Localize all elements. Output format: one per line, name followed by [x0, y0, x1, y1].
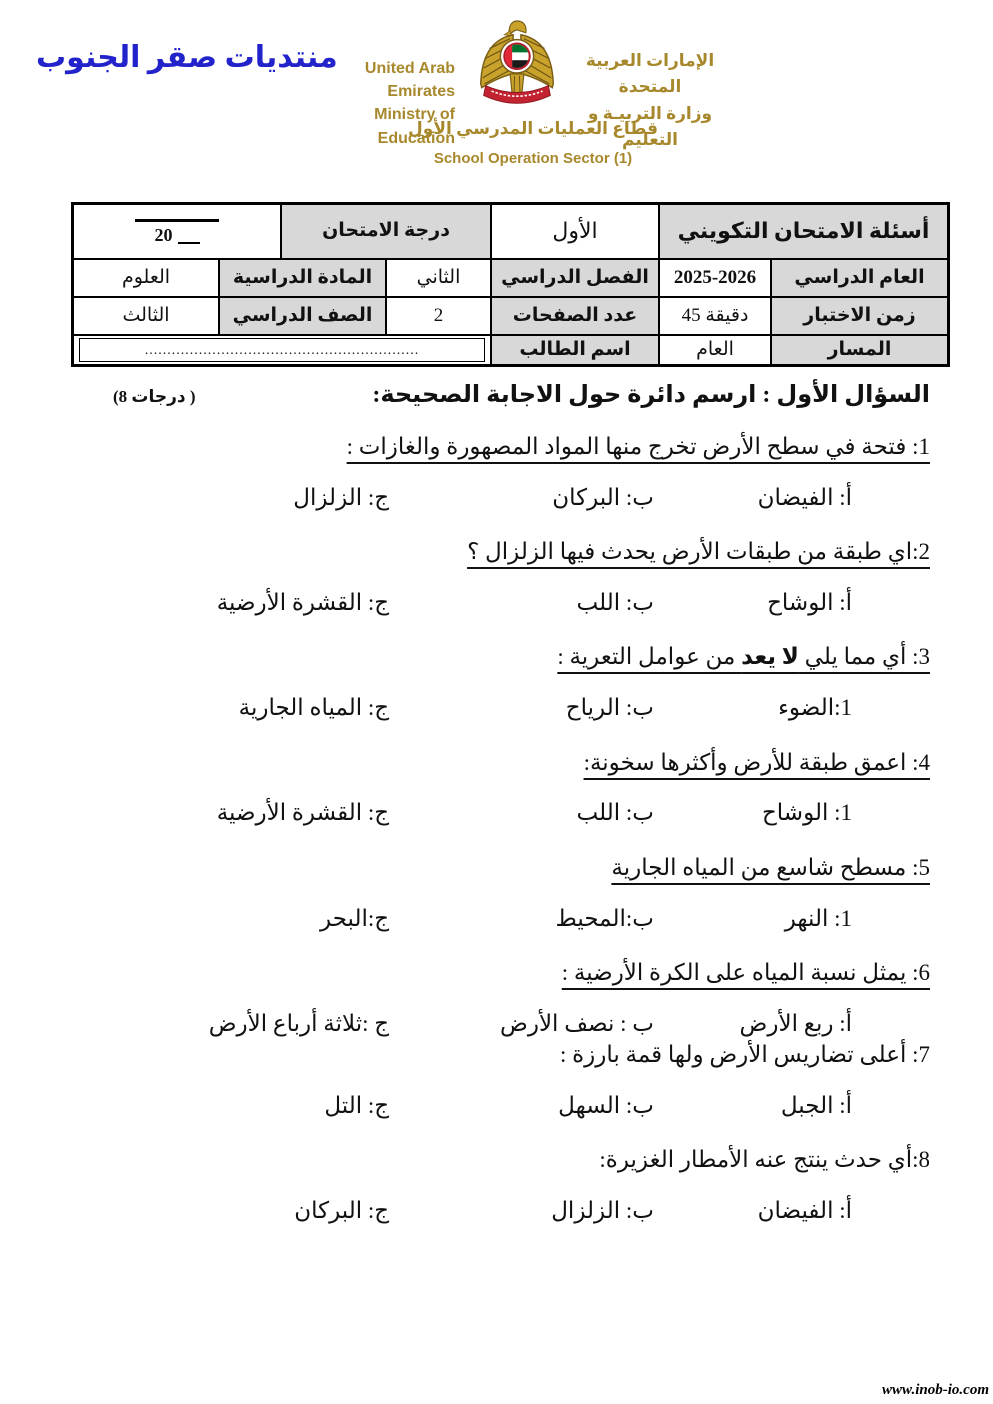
- option-a: أ: الجبل: [670, 1093, 930, 1119]
- year-label-cell: العام الدراسي: [771, 259, 948, 297]
- subject-value-cell: العلوم: [73, 259, 219, 297]
- score-total: 20: [155, 226, 173, 244]
- term-label-cell: الفصل الدراسي: [491, 259, 659, 297]
- option-b: ب:المحيط: [401, 906, 670, 932]
- term-value-cell: الثاني: [386, 259, 491, 297]
- question-8: 8:أي حدث ينتج عنه الأمطار الغزيرة: أ: ال…: [63, 1146, 930, 1224]
- section-title: السؤال الأول : ارسم دائرة حول الاجابة ال…: [372, 380, 930, 409]
- track-label-cell: المسار: [771, 335, 948, 365]
- question-4: 4: اعمق طبقة للأرض وأكثرها سخونة: 1: الو…: [63, 749, 930, 827]
- option-c: ج: الزلزال: [63, 485, 401, 511]
- section-marks: (8 درجات ): [113, 387, 196, 407]
- score-blank-line: [135, 219, 219, 222]
- question-2-text: 2:اي طبقة من طبقات الأرض يحدث فيها الزلز…: [63, 538, 930, 567]
- question-2: 2:اي طبقة من طبقات الأرض يحدث فيها الزلز…: [63, 538, 930, 616]
- table-row-3: زمن الاختبار 45 دقيقة عدد الصفحات 2 الصف…: [73, 297, 948, 335]
- option-c: ج:البحر: [63, 906, 401, 932]
- student-name-cell: ........................................…: [73, 335, 491, 365]
- question-6-text: 6: يمثل نسبة المياه على الكرة الأرضية :: [63, 959, 930, 988]
- score-short-line: [178, 230, 200, 244]
- question-5-text: 5: مسطح شاسع من المياه الجارية: [63, 854, 930, 883]
- table-row-2: العام الدراسي 2025-2026 الفصل الدراسي ال…: [73, 259, 948, 297]
- option-c: ج :ثلاثة أرباع الأرض: [63, 1011, 401, 1037]
- question-6-options: أ: ربع الأرض ب : نصف الأرض ج :ثلاثة أربا…: [63, 1011, 930, 1037]
- option-c: ج: المياه الجارية: [63, 695, 401, 721]
- question-4-options: 1: الوشاح ب: اللب ج: القشرة الأرضية: [63, 800, 930, 826]
- question-1-text: 1: فتحة في سطح الأرض تخرج منها المواد ال…: [63, 433, 930, 462]
- questions-section: السؤال الأول : ارسم دائرة حول الاجابة ال…: [63, 380, 930, 1252]
- exam-document-page: منتديات صقر الجنوب United Arab Emirates …: [0, 0, 993, 1404]
- ministry-ar-line1: الإمارات العربية المتحدة: [570, 48, 730, 101]
- question-7-options: أ: الجبل ب: السهل ج: التل: [63, 1093, 930, 1119]
- question-7: 7: أعلى تضاريس الأرض ولها قمة بارزة : أ:…: [63, 1041, 930, 1119]
- sector-name-english: School Operation Sector (1): [368, 150, 698, 167]
- question-3-text-post: من عوامل التعرية :: [557, 644, 741, 669]
- option-b: ب: اللب: [401, 590, 670, 616]
- option-c: ج: القشرة الأرضية: [63, 800, 401, 826]
- option-a: أ: الفيضان: [670, 1198, 930, 1224]
- option-c: ج: البركان: [63, 1198, 401, 1224]
- question-3: 3: أي مما يلي لا يعد من عوامل التعرية : …: [63, 643, 930, 721]
- subject-label-cell: المادة الدراسية: [219, 259, 386, 297]
- question-4-text: 4: اعمق طبقة للأرض وأكثرها سخونة:: [63, 749, 930, 778]
- option-a: أ: ربع الأرض: [670, 1011, 930, 1037]
- option-c-text: ج :ثلاثة أرباع الأرض: [209, 1011, 389, 1037]
- class-value-cell: الثالث: [73, 297, 219, 335]
- option-a: 1:الضوء: [670, 695, 930, 721]
- option-b: ب: البركان: [401, 485, 670, 511]
- question-2-options: أ: الوشاح ب: اللب ج: القشرة الأرضية: [63, 590, 930, 616]
- option-a: أ: الوشاح: [670, 590, 930, 616]
- option-b: ب: الرياح: [401, 695, 670, 721]
- question-5: 5: مسطح شاسع من المياه الجارية 1: النهر …: [63, 854, 930, 932]
- question-1: 1: فتحة في سطح الأرض تخرج منها المواد ال…: [63, 433, 930, 511]
- option-b: ب: الزلزال: [401, 1198, 670, 1224]
- exam-info-table: أسئلة الامتحان التكويني الأول درجة الامت…: [71, 202, 950, 367]
- option-b: ب : نصف الأرض: [401, 1011, 670, 1037]
- section-header: السؤال الأول : ارسم دائرة حول الاجابة ال…: [63, 380, 930, 409]
- table-row-1: أسئلة الامتحان التكويني الأول درجة الامت…: [73, 204, 948, 259]
- uae-coat-of-arms-icon: [468, 18, 566, 122]
- exam-number-cell: الأول: [491, 204, 659, 259]
- question-8-options: أ: الفيضان ب: الزلزال ج: البركان: [63, 1198, 930, 1224]
- option-c: ج: التل: [63, 1093, 401, 1119]
- option-a: 1: النهر: [670, 906, 930, 932]
- year-value-cell: 2025-2026: [659, 259, 771, 297]
- track-value-cell: العام: [659, 335, 771, 365]
- pages-value-cell: 2: [386, 297, 491, 335]
- site-watermark: منتديات صقر الجنوب: [36, 40, 338, 75]
- ministry-en-line1: United Arab Emirates: [300, 57, 455, 103]
- question-1-options: أ: الفيضان ب: البركان ج: الزلزال: [63, 485, 930, 511]
- score-total-row: 20: [155, 226, 200, 244]
- class-label-cell: الصف الدراسي: [219, 297, 386, 335]
- time-label-cell: زمن الاختبار: [771, 297, 948, 335]
- question-8-text: 8:أي حدث ينتج عنه الأمطار الغزيرة:: [63, 1146, 930, 1175]
- student-name-blank-line: ........................................…: [79, 338, 485, 362]
- question-3-text-pre: 3: أي مما يلي: [799, 644, 930, 669]
- question-3-options: 1:الضوء ب: الرياح ج: المياه الجارية: [63, 695, 930, 721]
- question-5-options: 1: النهر ب:المحيط ج:البحر: [63, 906, 930, 932]
- pages-label-cell: عدد الصفحات: [491, 297, 659, 335]
- exam-score-cell: 20: [73, 204, 281, 259]
- time-value-cell: 45 دقيقة: [659, 297, 771, 335]
- option-a: 1: الوشاح: [670, 800, 930, 826]
- exam-title-cell: أسئلة الامتحان التكويني: [659, 204, 948, 259]
- student-name-label-cell: اسم الطالب: [491, 335, 659, 365]
- option-c: ج: القشرة الأرضية: [63, 590, 401, 616]
- option-b: ب: السهل: [401, 1093, 670, 1119]
- option-b: ب: اللب: [401, 800, 670, 826]
- option-a: أ: الفيضان: [670, 485, 930, 511]
- question-7-text: 7: أعلى تضاريس الأرض ولها قمة بارزة :: [63, 1041, 930, 1070]
- table-row-4: المسار العام اسم الطالب ................…: [73, 335, 948, 365]
- sector-name-arabic: قطاع العمليات المدرسي الأول: [368, 119, 698, 139]
- question-6: 6: يمثل نسبة المياه على الكرة الأرضية : …: [63, 959, 930, 1037]
- question-3-text: 3: أي مما يلي لا يعد من عوامل التعرية :: [63, 643, 930, 672]
- exam-grade-label-cell: درجة الامتحان: [281, 204, 491, 259]
- footer-watermark-url: www.inob-io.com: [882, 1382, 989, 1399]
- question-3-text-bold: لا يعد: [741, 644, 799, 669]
